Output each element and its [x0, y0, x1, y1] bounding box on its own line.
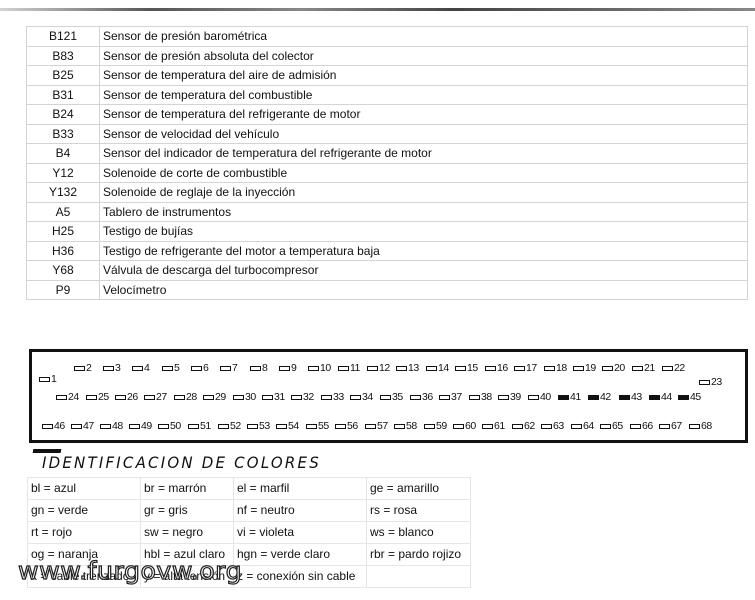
component-code: B33	[27, 124, 100, 144]
pin-socket-icon	[338, 366, 349, 371]
color-code-cell: nf = neutro	[234, 500, 366, 521]
component-code: P9	[27, 280, 100, 300]
pin-socket-icon	[541, 424, 552, 429]
pin-63: 63	[541, 421, 564, 432]
component-description: Solenoide de reglaje de la inyección	[100, 183, 748, 203]
pin-1: 1	[39, 374, 56, 385]
pin-socket-icon	[203, 395, 214, 400]
color-code-cell: z = conexión sin cable	[234, 566, 366, 587]
pin-socket-icon	[103, 366, 114, 371]
pin-number: 20	[614, 363, 625, 374]
pin-number: 60	[465, 421, 476, 432]
table-row: B25Sensor de temperatura del aire de adm…	[27, 66, 748, 86]
pin-socket-icon	[380, 395, 391, 400]
pin-socket-icon	[144, 395, 155, 400]
pin-number: 68	[701, 421, 712, 432]
color-code-cell: bl = azul	[28, 478, 140, 499]
pin-socket-icon	[56, 395, 67, 400]
pin-socket-icon	[469, 395, 480, 400]
pin-54: 54	[276, 421, 299, 432]
pin-43: 43	[619, 392, 642, 403]
pin-22: 22	[662, 363, 685, 374]
pin-48: 48	[100, 421, 123, 432]
pin-27: 27	[144, 392, 167, 403]
pin-3: 3	[103, 363, 120, 374]
pin-number: 32	[303, 392, 314, 403]
pin-socket-icon	[699, 380, 710, 385]
component-code: B83	[27, 46, 100, 66]
pin-34: 34	[350, 392, 373, 403]
pin-number: 57	[377, 421, 388, 432]
pin-socket-icon	[439, 395, 450, 400]
pin-socket-icon	[394, 424, 405, 429]
pin-number: 6	[203, 363, 208, 374]
pin-socket-icon	[100, 424, 111, 429]
pin-7: 7	[220, 363, 237, 374]
pin-number: 21	[644, 363, 655, 374]
pin-socket-icon	[233, 395, 244, 400]
connector-pinout: 1234567891011121314151617181920212223242…	[29, 349, 748, 443]
pin-socket-icon	[162, 366, 173, 371]
table-row: B31Sensor de temperatura del combustible	[27, 85, 748, 105]
color-code-cell: hgn = verde claro	[234, 544, 366, 565]
pin-60: 60	[453, 421, 476, 432]
pin-21: 21	[632, 363, 655, 374]
pin-40: 40	[528, 392, 551, 403]
component-description: Testigo de refrigerante del motor a temp…	[100, 241, 748, 261]
pin-socket-icon	[571, 424, 582, 429]
pin-socket-icon	[485, 366, 496, 371]
table-row: H25Testigo de bujías	[27, 222, 748, 242]
table-row: B24Sensor de temperatura del refrigerant…	[27, 105, 748, 125]
pin-16: 16	[485, 363, 508, 374]
pin-52: 52	[218, 421, 241, 432]
pin-number: 43	[631, 392, 642, 403]
component-code: B24	[27, 105, 100, 125]
component-code: Y68	[27, 261, 100, 281]
pin-65: 65	[600, 421, 623, 432]
color-row: bl = azulbr = marrónel = marfilge = amar…	[28, 478, 470, 499]
pin-number: 39	[510, 392, 521, 403]
pin-64: 64	[571, 421, 594, 432]
pin-socket-icon	[455, 366, 466, 371]
pin-socket-icon	[191, 366, 202, 371]
color-code-cell	[367, 566, 470, 587]
pin-59: 59	[424, 421, 447, 432]
color-heading: IDENTIFICACION DE COLORES	[42, 454, 321, 473]
pin-number: 31	[274, 392, 285, 403]
pin-35: 35	[380, 392, 403, 403]
pin-number: 54	[288, 421, 299, 432]
pin-socket-icon	[220, 366, 231, 371]
pin-socket-icon	[291, 395, 302, 400]
pin-socket-icon	[498, 395, 509, 400]
pin-number: 65	[612, 421, 623, 432]
pin-socket-icon	[188, 424, 199, 429]
component-code: Y12	[27, 163, 100, 183]
pin-number: 66	[642, 421, 653, 432]
component-code: B25	[27, 66, 100, 86]
table-row: Y132Solenoide de reglaje de la inyección	[27, 183, 748, 203]
pin-socket-icon	[129, 424, 140, 429]
component-description: Sensor de velocidad del vehículo	[100, 124, 748, 144]
pin-47: 47	[71, 421, 94, 432]
pin-17: 17	[514, 363, 537, 374]
pin-number: 17	[526, 363, 537, 374]
component-table: B121Sensor de presión barométricaB83Sens…	[26, 26, 748, 300]
pin-51: 51	[188, 421, 211, 432]
pin-8: 8	[250, 363, 267, 374]
component-description: Tablero de instrumentos	[100, 202, 748, 222]
pin-66: 66	[630, 421, 653, 432]
pin-socket-icon	[588, 395, 599, 400]
pin-socket-icon	[279, 366, 290, 371]
pin-socket-icon	[42, 424, 53, 429]
pin-number: 28	[186, 392, 197, 403]
pin-number: 50	[170, 421, 181, 432]
pin-25: 25	[86, 392, 109, 403]
pin-9: 9	[279, 363, 296, 374]
pin-number: 18	[556, 363, 567, 374]
color-code-cell: gn = verde	[28, 500, 140, 521]
pin-13: 13	[396, 363, 419, 374]
pin-number: 59	[436, 421, 447, 432]
pin-number: 25	[98, 392, 109, 403]
pin-socket-icon	[659, 424, 670, 429]
pin-number: 47	[83, 421, 94, 432]
table-row: B121Sensor de presión barométrica	[27, 27, 748, 47]
pin-socket-icon	[630, 424, 641, 429]
pin-37: 37	[439, 392, 462, 403]
pin-socket-icon	[410, 395, 421, 400]
pin-number: 45	[690, 392, 701, 403]
pin-62: 62	[512, 421, 535, 432]
pin-number: 34	[362, 392, 373, 403]
pin-number: 27	[156, 392, 167, 403]
pin-number: 13	[408, 363, 419, 374]
component-code: H25	[27, 222, 100, 242]
pin-socket-icon	[602, 366, 613, 371]
component-description: Testigo de bujías	[100, 222, 748, 242]
pin-number: 33	[333, 392, 344, 403]
pin-socket-icon	[132, 366, 143, 371]
pin-4: 4	[132, 363, 149, 374]
pin-20: 20	[602, 363, 625, 374]
pin-32: 32	[291, 392, 314, 403]
table-row: Y68Válvula de descarga del turbocompreso…	[27, 261, 748, 281]
pin-44: 44	[649, 392, 672, 403]
color-code-cell: rbr = pardo rojizo	[367, 544, 470, 565]
pin-number: 12	[379, 363, 390, 374]
pin-socket-icon	[71, 424, 82, 429]
component-description: Sensor de temperatura del aire de admisi…	[100, 66, 748, 86]
pin-30: 30	[233, 392, 256, 403]
pin-number: 40	[540, 392, 551, 403]
pin-number: 11	[350, 363, 360, 374]
color-code-cell: sw = negro	[141, 522, 233, 543]
pin-number: 5	[174, 363, 179, 374]
pin-number: 15	[467, 363, 478, 374]
watermark: www.furgovw.org	[18, 557, 242, 585]
pin-socket-icon	[573, 366, 584, 371]
component-description: Sensor de temperatura del combustible	[100, 85, 748, 105]
color-row: gn = verdegr = grisnf = neutrors = rosa	[28, 500, 470, 521]
pin-29: 29	[203, 392, 226, 403]
pin-socket-icon	[426, 366, 437, 371]
pin-number: 16	[497, 363, 508, 374]
pin-61: 61	[482, 421, 505, 432]
pin-socket-icon	[306, 424, 317, 429]
table-row: H36Testigo de refrigerante del motor a t…	[27, 241, 748, 261]
pin-18: 18	[544, 363, 567, 374]
pin-number: 61	[494, 421, 505, 432]
pin-55: 55	[306, 421, 329, 432]
pin-number: 58	[406, 421, 417, 432]
pin-socket-icon	[632, 366, 643, 371]
table-row: B33Sensor de velocidad del vehículo	[27, 124, 748, 144]
pin-socket-icon	[544, 366, 555, 371]
pin-number: 52	[230, 421, 241, 432]
component-code: B31	[27, 85, 100, 105]
pin-45: 45	[678, 392, 701, 403]
pin-socket-icon	[689, 424, 700, 429]
pin-58: 58	[394, 421, 417, 432]
pin-socket-icon	[512, 424, 523, 429]
pin-14: 14	[426, 363, 449, 374]
pin-49: 49	[129, 421, 152, 432]
pin-number: 30	[245, 392, 256, 403]
component-description: Solenoide de corte de combustible	[100, 163, 748, 183]
table-row: B4Sensor del indicador de temperatura de…	[27, 144, 748, 164]
pin-46: 46	[42, 421, 65, 432]
component-code: B121	[27, 27, 100, 47]
color-code-cell: rt = rojo	[28, 522, 140, 543]
pin-number: 51	[200, 421, 211, 432]
pin-socket-icon	[308, 366, 319, 371]
pin-number: 3	[115, 363, 120, 374]
component-code: Y132	[27, 183, 100, 203]
pin-socket-icon	[247, 424, 258, 429]
pin-number: 35	[392, 392, 403, 403]
table-row: A5Tablero de instrumentos	[27, 202, 748, 222]
component-code: A5	[27, 202, 100, 222]
pin-number: 29	[215, 392, 226, 403]
pin-67: 67	[659, 421, 682, 432]
pin-number: 44	[661, 392, 672, 403]
pin-number: 56	[347, 421, 358, 432]
pin-socket-icon	[649, 395, 660, 400]
pin-socket-icon	[662, 366, 673, 371]
pin-socket-icon	[335, 424, 346, 429]
component-code: B4	[27, 144, 100, 164]
color-code-cell: el = marfil	[234, 478, 366, 499]
pin-socket-icon	[350, 395, 361, 400]
pin-26: 26	[115, 392, 138, 403]
pin-number: 19	[585, 363, 596, 374]
pin-number: 37	[451, 392, 462, 403]
pin-number: 67	[671, 421, 682, 432]
component-description: Válvula de descarga del turbocompresor	[100, 261, 748, 281]
pin-socket-icon	[250, 366, 261, 371]
pin-socket-icon	[365, 424, 376, 429]
pin-15: 15	[455, 363, 478, 374]
pin-socket-icon	[600, 424, 611, 429]
pin-2: 2	[74, 363, 91, 374]
pin-socket-icon	[367, 366, 378, 371]
pin-socket-icon	[86, 395, 97, 400]
pin-number: 49	[141, 421, 152, 432]
pin-socket-icon	[321, 395, 332, 400]
pin-number: 22	[674, 363, 685, 374]
pin-socket-icon	[453, 424, 464, 429]
pin-number: 48	[112, 421, 123, 432]
pin-23: 23	[699, 377, 722, 388]
color-code-cell: br = marrón	[141, 478, 233, 499]
color-code-cell: rs = rosa	[367, 500, 470, 521]
component-code: H36	[27, 241, 100, 261]
color-code-cell: ge = amarillo	[367, 478, 470, 499]
table-row: P9Velocímetro	[27, 280, 748, 300]
pin-53: 53	[247, 421, 270, 432]
pin-socket-icon	[115, 395, 126, 400]
pin-socket-icon	[158, 424, 169, 429]
pin-41: 41	[558, 392, 581, 403]
pin-number: 41	[570, 392, 581, 403]
pin-number: 14	[438, 363, 449, 374]
color-row: rt = rojosw = negrovi = violetaws = blan…	[28, 522, 470, 543]
pin-number: 10	[320, 363, 331, 374]
color-code-cell: ws = blanco	[367, 522, 470, 543]
pin-number: 24	[68, 392, 79, 403]
pin-11: 11	[338, 363, 360, 374]
component-description: Sensor de temperatura del refrigerante d…	[100, 105, 748, 125]
pin-socket-icon	[514, 366, 525, 371]
color-code-cell: gr = gris	[141, 500, 233, 521]
pin-number: 26	[127, 392, 138, 403]
pin-number: 63	[553, 421, 564, 432]
pin-57: 57	[365, 421, 388, 432]
pin-31: 31	[262, 392, 285, 403]
pin-number: 8	[262, 363, 267, 374]
pin-number: 36	[422, 392, 433, 403]
pin-50: 50	[158, 421, 181, 432]
pin-number: 42	[600, 392, 611, 403]
pin-33: 33	[321, 392, 344, 403]
pin-number: 1	[51, 374, 56, 385]
component-description: Sensor del indicador de temperatura del …	[100, 144, 748, 164]
pin-24: 24	[56, 392, 79, 403]
table-row: B83Sensor de presión absoluta del colect…	[27, 46, 748, 66]
pin-39: 39	[498, 392, 521, 403]
pin-socket-icon	[174, 395, 185, 400]
component-description: Sensor de presión absoluta del colector	[100, 46, 748, 66]
pin-10: 10	[308, 363, 331, 374]
pin-number: 38	[481, 392, 492, 403]
top-rule	[0, 8, 755, 11]
component-description: Velocímetro	[100, 280, 748, 300]
pin-number: 53	[259, 421, 270, 432]
pin-number: 4	[144, 363, 149, 374]
pin-socket-icon	[276, 424, 287, 429]
table-row: Y12Solenoide de corte de combustible	[27, 163, 748, 183]
pin-36: 36	[410, 392, 433, 403]
pin-socket-icon	[218, 424, 229, 429]
color-code-cell: vi = violeta	[234, 522, 366, 543]
component-description: Sensor de presión barométrica	[100, 27, 748, 47]
pin-socket-icon	[528, 395, 539, 400]
heading-mark	[33, 449, 62, 453]
pin-socket-icon	[482, 424, 493, 429]
pin-socket-icon	[558, 395, 569, 400]
pin-number: 9	[291, 363, 296, 374]
pin-42: 42	[588, 392, 611, 403]
pin-socket-icon	[262, 395, 273, 400]
pin-number: 64	[583, 421, 594, 432]
pin-number: 55	[318, 421, 329, 432]
pin-number: 46	[54, 421, 65, 432]
pin-socket-icon	[424, 424, 435, 429]
pin-19: 19	[573, 363, 596, 374]
pin-number: 23	[711, 377, 722, 388]
pin-socket-icon	[396, 366, 407, 371]
pin-number: 62	[524, 421, 535, 432]
pin-socket-icon	[619, 395, 630, 400]
pin-socket-icon	[39, 377, 50, 382]
pin-12: 12	[367, 363, 390, 374]
pin-38: 38	[469, 392, 492, 403]
pin-socket-icon	[678, 395, 689, 400]
pin-number: 7	[232, 363, 237, 374]
pin-5: 5	[162, 363, 179, 374]
pin-28: 28	[174, 392, 197, 403]
pin-socket-icon	[74, 366, 85, 371]
pin-68: 68	[689, 421, 712, 432]
pin-56: 56	[335, 421, 358, 432]
pin-6: 6	[191, 363, 208, 374]
pin-number: 2	[86, 363, 91, 374]
